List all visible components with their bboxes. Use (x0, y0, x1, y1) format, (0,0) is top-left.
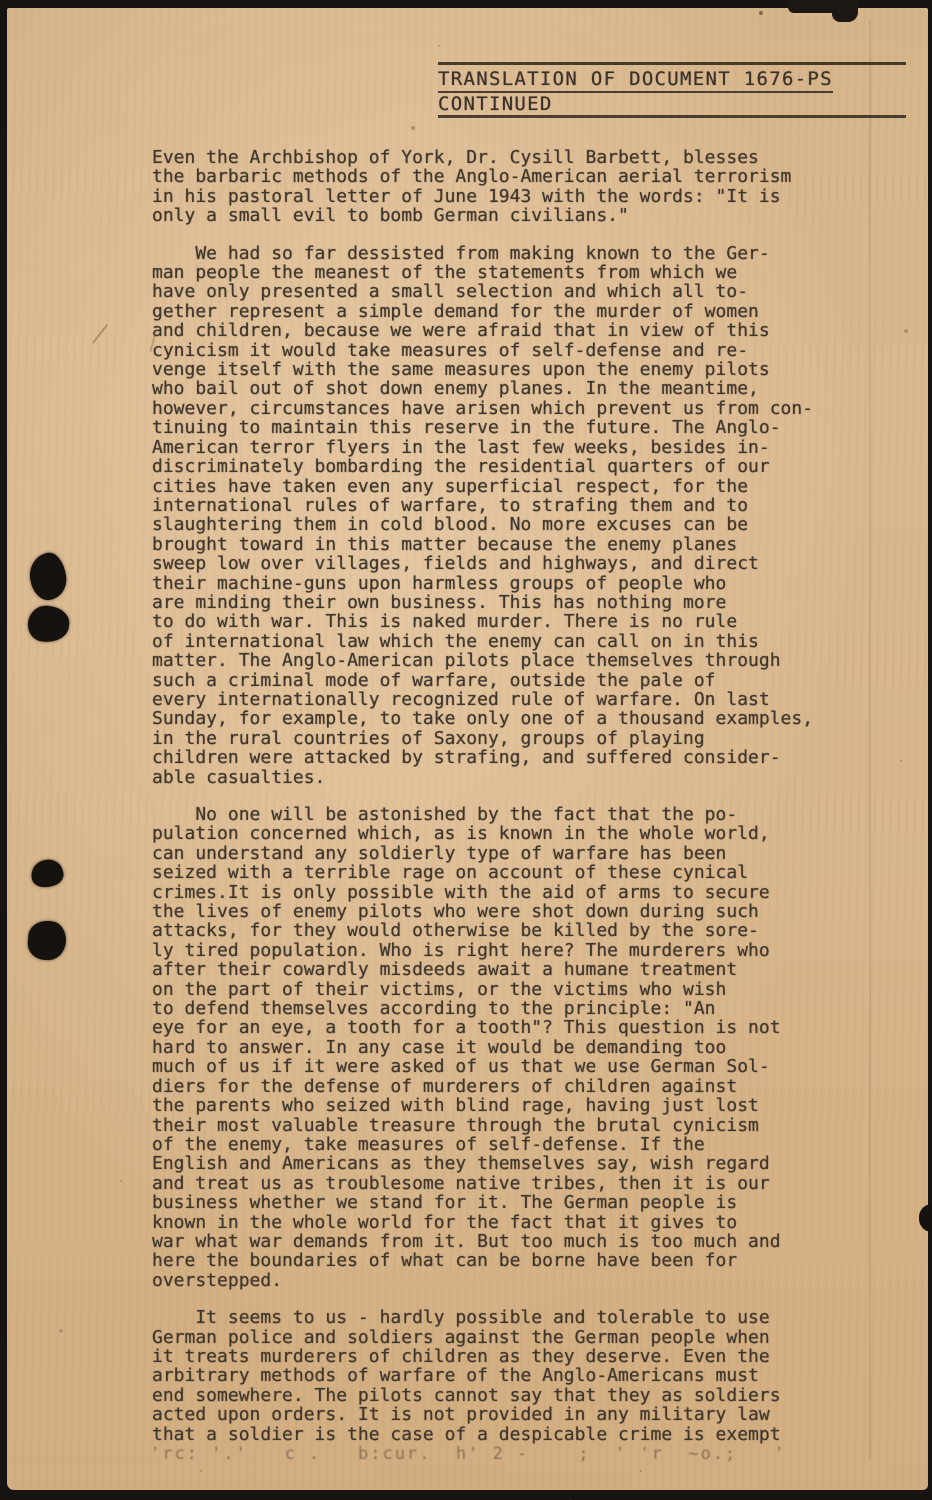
paper-speckles (0, 0, 2, 2)
paragraph-2: We had so far dessisted from making know… (152, 244, 852, 787)
paragraph-4: It seems to us - hardly possible and tol… (152, 1308, 852, 1444)
scanned-document-page: TRANSLATION OF DOCUMENT 1676-PS CONTINUE… (0, 0, 932, 1500)
document-body: Even the Archbishop of York, Dr. Cysill … (152, 148, 852, 1462)
paragraph-1: Even the Archbishop of York, Dr. Cysill … (152, 148, 852, 226)
document-continued-label: CONTINUED (438, 93, 553, 115)
paragraph-3: No one will be astonished by the fact th… (152, 805, 852, 1290)
document-title: TRANSLATION OF DOCUMENT 1676-PS (438, 68, 833, 93)
paper-crease (869, 20, 871, 1460)
faded-footer-line: 'rc: '.' c . b:cur. h' 2 - ; ' 'r ~o.; ' (150, 1444, 790, 1464)
scan-edge-artifact (832, 0, 858, 22)
document-header: TRANSLATION OF DOCUMENT 1676-PS CONTINUE… (438, 62, 906, 118)
